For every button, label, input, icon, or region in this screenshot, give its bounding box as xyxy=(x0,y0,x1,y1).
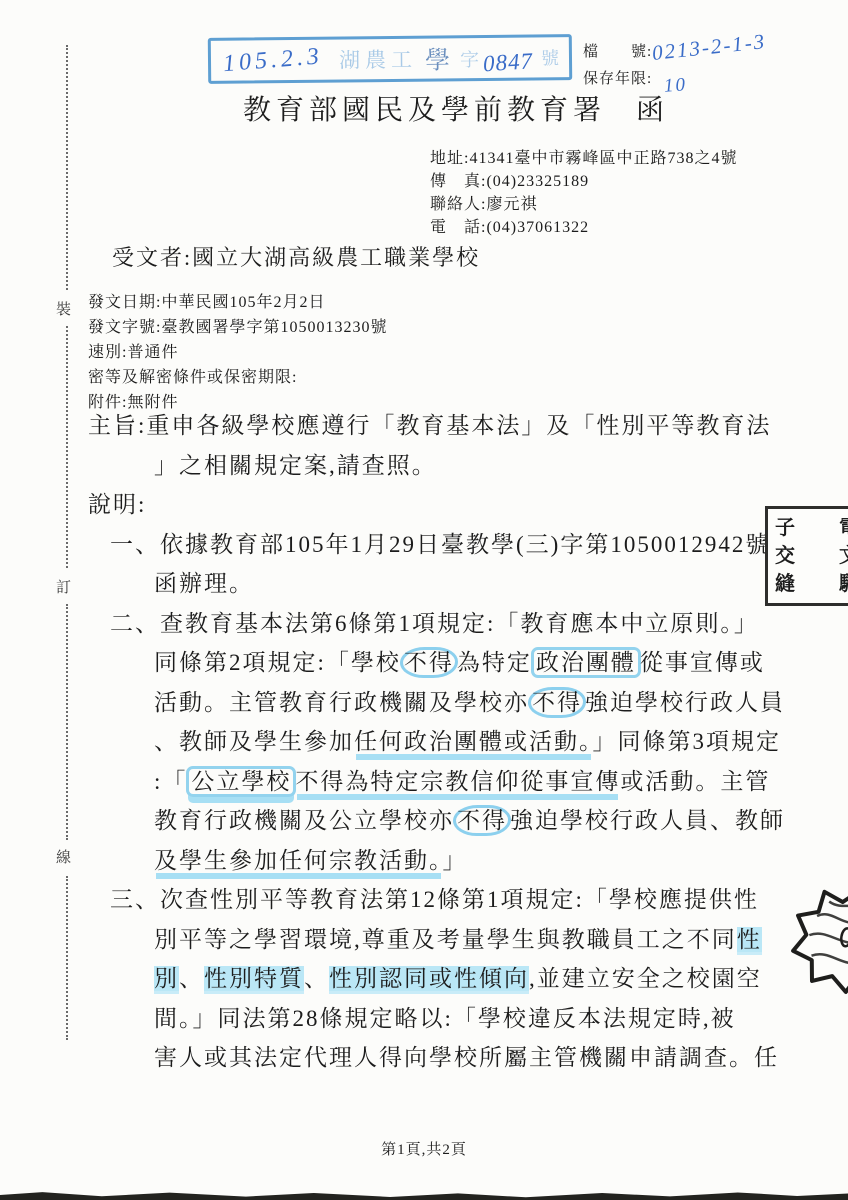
binding-line-segment xyxy=(66,876,68,1040)
scanned-letter-page: { "filing": { "file_label": "檔 號:", "fil… xyxy=(0,0,848,1200)
item3-line: 別、性別特質、性別認同或性傾向,並建立安全之校園空 xyxy=(88,959,808,999)
item2-line: 二、查教育基本法第6條第1項規定:「教育應本中立原則。」 xyxy=(88,604,808,644)
stamp-number-handwritten: 0847 xyxy=(482,48,534,77)
recipient-line: 受文者:國立大湖高級農工職業學校 xyxy=(112,241,480,272)
highlight-bg: 別 xyxy=(154,966,179,991)
stamp-char: 學 xyxy=(425,40,450,76)
page-footer: 第1頁,共2頁 xyxy=(0,1138,848,1159)
highlight-bg: 性別認同或性傾向 xyxy=(329,966,529,991)
filing-block: 檔 號:0213-2-1-3 保存年限:10 xyxy=(583,36,767,92)
binding-line-segment xyxy=(66,326,68,568)
meta-issue-date: 發文日期:中華民國105年2月2日 xyxy=(88,290,387,315)
item2-line: 活動。主管教育行政機關及學校亦不得強迫學校行政人員 xyxy=(88,683,808,723)
meta-confidentiality: 密等及解密條件或保密期限: xyxy=(88,365,387,390)
item1-line: 函辦理。 xyxy=(88,564,808,604)
file-number-value: 0213-2-1-3 xyxy=(651,28,768,66)
agency-info: 地址:41341臺中市霧峰區中正路738之4號 傳 真:(04)23325189… xyxy=(430,147,737,239)
highlight-circle: 不得 xyxy=(528,687,586,718)
binding-line-segment xyxy=(66,45,68,290)
explanation-label: 說明: xyxy=(88,485,808,525)
item3-line: 別平等之學習環境,尊重及考量學生與教職員工之不同性 xyxy=(88,920,808,960)
item2-line: 及學生參加任何宗教活動。」 xyxy=(88,841,808,881)
received-date-stamp: 105.2.3 湖農工 學 字 0847 號 xyxy=(208,34,572,84)
item2-line: 同條第2項規定:「學校不得為特定政治團體從事宣傳或 xyxy=(88,643,808,683)
binding-char-ding: 訂 xyxy=(56,576,71,597)
item2-line: 教育行政機關及公立學校亦不得強迫學校行政人員、教師 xyxy=(88,801,808,841)
agency-address: 地址:41341臺中市霧峰區中正路738之4號 xyxy=(430,147,737,170)
highlight-bg: 性 xyxy=(737,927,762,952)
stamp-faint-text: 號 xyxy=(541,44,559,70)
meta-speed: 速別:普通件 xyxy=(88,340,387,365)
stamp-faint-text: 字 xyxy=(460,45,479,72)
binding-char-zhuang: 裝 xyxy=(56,298,71,319)
doc-title: 教育部國民及學前教育署函 xyxy=(243,88,669,128)
retention-label: 保存年限: xyxy=(583,71,652,87)
doc-type: 函 xyxy=(636,95,669,126)
agency-fax: 傳 真:(04)23325189 xyxy=(430,170,737,193)
binding-char-xian: 線 xyxy=(56,846,71,867)
meta-doc-number: 發文字號:臺教國署學字第1050013230號 xyxy=(88,315,387,340)
subject-line: 主旨:重申各級學校應遵行「教育基本法」及「性別平等教育法 xyxy=(88,406,808,446)
highlight-bg: 性別特質 xyxy=(204,966,304,991)
subject-line: 」之相關規定案,請查照。 xyxy=(88,446,808,486)
highlight-underline: 不得為特定宗教信仰從事宣傳 xyxy=(295,769,620,794)
agency-phone: 電 話:(04)37061322 xyxy=(430,216,737,239)
scan-artifact-band xyxy=(0,1191,848,1200)
item3-line: 害人或其法定代理人得向學校所屬主管機關申請調查。任 xyxy=(88,1038,808,1078)
highlight-box: 政治團體 xyxy=(531,647,641,678)
item2-line: :「公立學校不得為特定宗教信仰從事宣傳或活動。主管 xyxy=(88,762,808,802)
file-number-row: 檔 號:0213-2-1-3 xyxy=(583,36,767,65)
stamp-date-handwritten: 105.2.3 xyxy=(222,43,324,78)
binding-line-segment xyxy=(66,604,68,840)
highlight-box: 公立學校 xyxy=(186,766,296,797)
item3-line: 間。」同法第28條規定略以:「學校違反本法規定時,被 xyxy=(88,999,808,1039)
highlight-circle: 不得 xyxy=(453,805,511,836)
item2-line: 、教師及學生參加任何政治團體或活動。」同條第3項規定 xyxy=(88,722,808,762)
body-text: 主旨:重申各級學校應遵行「教育基本法」及「性別平等教育法 」之相關規定案,請查照… xyxy=(88,406,808,1078)
highlight-underline: 及學生參加任何宗教活動。 xyxy=(154,848,443,873)
file-number-label: 檔 號: xyxy=(583,44,652,60)
issuing-agency-name: 教育部國民及學前教育署 xyxy=(243,95,606,126)
item1-line: 一、依據教育部105年1月29日臺教學(三)字第1050012942號 xyxy=(88,525,808,565)
highlight-underline: 任何政治團體或活動。 xyxy=(354,729,593,754)
highlight-circle: 不得 xyxy=(400,647,458,678)
agency-contact: 聯絡人:廖元祺 xyxy=(430,193,737,216)
electronic-exchange-stamp: 子電 交文 縫騎 xyxy=(765,506,848,606)
item3-line: 三、次查性別平等教育法第12條第1項規定:「學校應提供性 xyxy=(88,880,808,920)
stamp-faint-text: 湖農工 xyxy=(339,44,417,75)
meta-block: 發文日期:中華民國105年2月2日 發文字號:臺教國署學字第1050013230… xyxy=(88,290,387,415)
